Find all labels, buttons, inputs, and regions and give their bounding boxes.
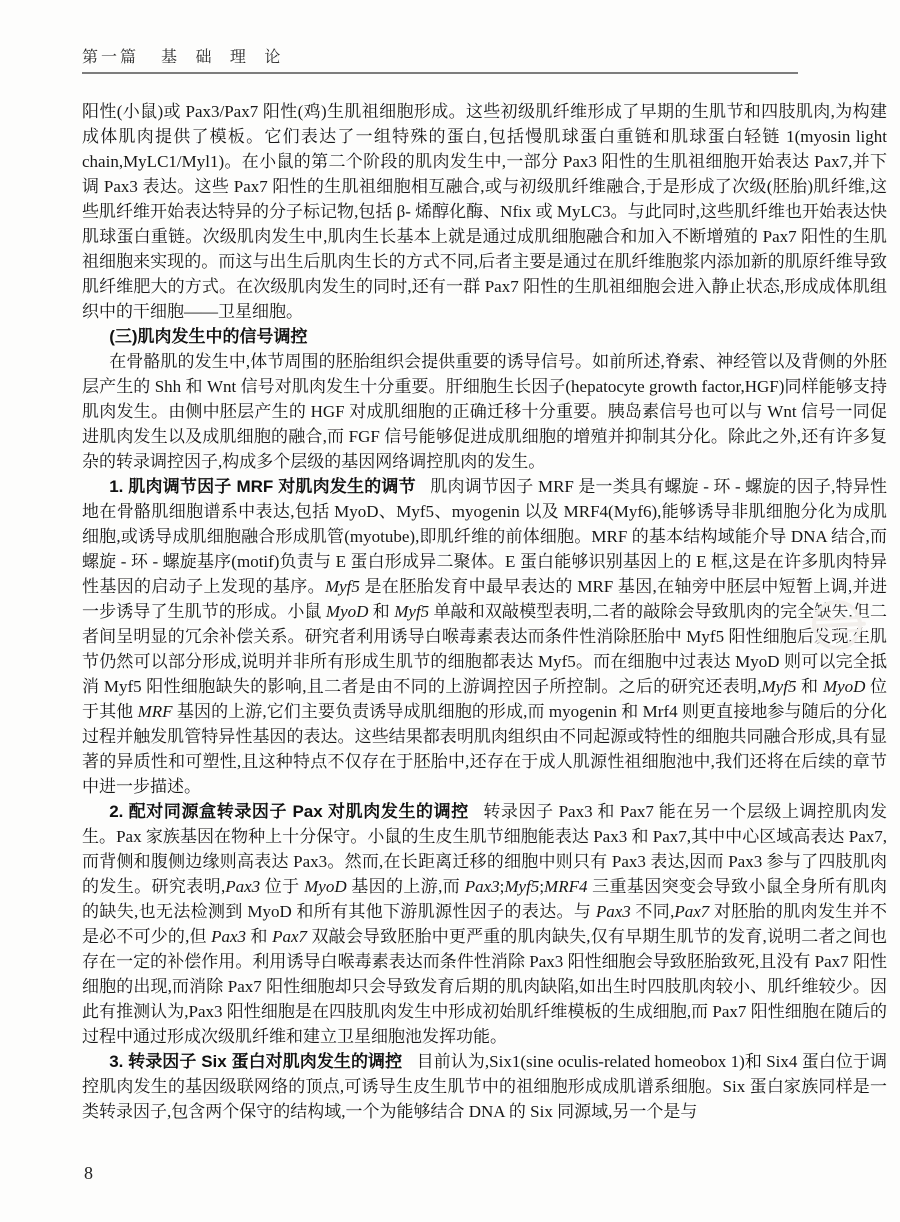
- section-heading: (三)肌肉发生中的信号调控: [82, 324, 887, 349]
- page-number: 8: [84, 1163, 93, 1184]
- gene-symbol-italic: Myf5: [394, 602, 429, 621]
- gene-symbol-italic: Pax3: [596, 902, 631, 921]
- text-run: 基因的上游,它们主要负责诱导成肌细胞的形成,而 myogenin 和 Mrf4 …: [82, 702, 887, 796]
- text-run: 基因的上游,而: [347, 877, 465, 896]
- book-page: 第一篇 基 础 理 论 阳性(小鼠)或 Pax3/Pax7 阳性(鸡)生肌祖细胞…: [0, 0, 900, 1222]
- gene-symbol-italic: MyoD: [326, 602, 368, 621]
- paragraph: 2. 配对同源盒转录因子 Pax 对肌肉发生的调控转录因子 Pax3 和 Pax…: [82, 799, 887, 1049]
- gene-symbol-italic: Pax7: [272, 927, 307, 946]
- gene-symbol-italic: MyoD: [304, 877, 346, 896]
- gene-symbol-italic: Myf5: [325, 577, 360, 596]
- text-run: 和: [796, 677, 822, 696]
- page-header: 第一篇 基 础 理 论: [82, 44, 287, 67]
- gene-symbol-italic: Myf5: [504, 877, 539, 896]
- paragraph-lead: 2. 配对同源盒转录因子 Pax 对肌肉发生的调控: [109, 802, 469, 821]
- paragraph-lead: 1. 肌肉调节因子 MRF 对肌肉发生的调节: [109, 477, 416, 496]
- text-run: 和: [368, 602, 394, 621]
- document-body: 阳性(小鼠)或 Pax3/Pax7 阳性(鸡)生肌祖细胞形成。这些初级肌纤维形成…: [82, 99, 887, 1124]
- gene-symbol-italic: Pax3: [211, 927, 246, 946]
- publisher-watermark-icon: [808, 598, 868, 654]
- text-run: (三)肌肉发生中的信号调控: [109, 327, 307, 346]
- gene-symbol-italic: MRF4: [544, 877, 587, 896]
- gene-symbol-italic: MRF: [138, 702, 173, 721]
- paragraph: 在骨骼肌的发生中,体节周围的胚胎组织会提供重要的诱导信号。如前所述,脊索、神经管…: [82, 349, 887, 474]
- paragraph-lead: 3. 转录因子 Six 蛋白对肌肉发生的调控: [109, 1052, 402, 1071]
- gene-symbol-italic: Myf5: [762, 677, 797, 696]
- gene-symbol-italic: Pax7: [674, 902, 709, 921]
- paragraph: 1. 肌肉调节因子 MRF 对肌肉发生的调节肌肉调节因子 MRF 是一类具有螺旋…: [82, 474, 887, 799]
- paragraph: 3. 转录因子 Six 蛋白对肌肉发生的调控目前认为,Six1(sine ocu…: [82, 1049, 887, 1124]
- gene-symbol-italic: MyoD: [823, 677, 865, 696]
- gene-symbol-italic: Pax3: [465, 877, 500, 896]
- section-title: 基 础 理 论: [161, 44, 287, 67]
- text-run: 位于: [260, 877, 304, 896]
- text-run: 阳性(小鼠)或 Pax3/Pax7 阳性(鸡)生肌祖细胞形成。这些初级肌纤维形成…: [82, 102, 887, 321]
- gene-symbol-italic: Pax3: [225, 877, 260, 896]
- text-run: 在骨骼肌的发生中,体节周围的胚胎组织会提供重要的诱导信号。如前所述,脊索、神经管…: [82, 352, 887, 471]
- paragraph: 阳性(小鼠)或 Pax3/Pax7 阳性(鸡)生肌祖细胞形成。这些初级肌纤维形成…: [82, 99, 887, 324]
- section-label: 第一篇: [82, 44, 139, 67]
- text-run: 不同,: [631, 902, 675, 921]
- text-run: 和: [246, 927, 272, 946]
- header-rule: [82, 72, 798, 74]
